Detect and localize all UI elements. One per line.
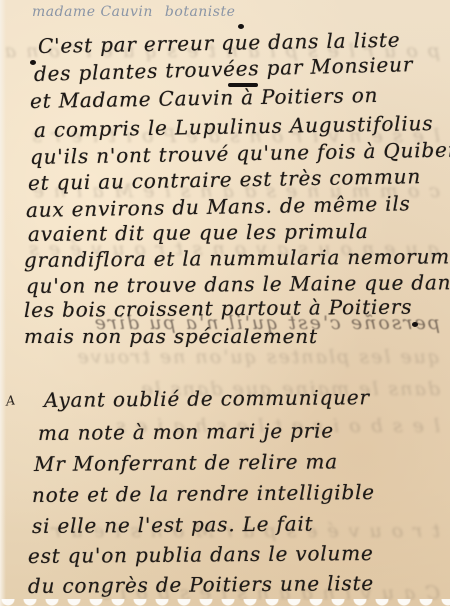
ink-blot	[228, 83, 258, 87]
text-line: grandiflora et la nummularia nemorum	[24, 244, 450, 272]
ink-blot	[30, 60, 36, 65]
text-line: et Madame Cauvin à Poitiers on	[30, 83, 379, 113]
text-line: a compris le Lupulinus Augustifolius	[34, 111, 434, 142]
text-line: note et de la rendre intelligible	[32, 480, 375, 507]
margin-mark: A	[5, 393, 16, 409]
text-line: et qui au contraire est très commun	[28, 164, 421, 195]
bleed-through-line: que les plantes qu'on ne trouve	[60, 346, 440, 368]
text-line: Mr Monferrant de relire ma	[34, 449, 338, 476]
text-line: Ayant oublié de communiquer	[44, 385, 370, 412]
text-line: les bois croissent partout à Poitiers	[24, 295, 412, 322]
pencil-annotation-name: madame Cauvin	[32, 4, 153, 20]
pencil-annotation-role: botaniste	[165, 4, 235, 20]
text-line: aux environs du Mans. de même ils	[26, 191, 411, 222]
text-line: mais non pas spécialement	[24, 324, 318, 348]
text-line: est qu'on publia dans le volume	[28, 541, 374, 568]
text-line: du congrès de Poitiers une liste	[28, 571, 374, 598]
ink-blot	[238, 24, 244, 29]
torn-bottom-edge	[0, 599, 450, 606]
ink-blot	[412, 322, 418, 327]
pencil-annotation: madame Cauvinbotaniste	[32, 4, 235, 20]
manuscript-page: p o u r l e s p l a n t e s q u e l ' o …	[0, 0, 450, 606]
paper-edge	[0, 0, 6, 606]
text-line: avaient dit que que les primula	[28, 219, 369, 246]
text-line: qu'on ne trouve dans le Maine que dans	[26, 270, 450, 298]
text-line: ma note à mon mari je prie	[38, 418, 334, 445]
text-line: des plantes trouvées par Monsieur	[34, 52, 414, 86]
text-line: si elle ne l'est pas. Le fait	[32, 512, 314, 538]
